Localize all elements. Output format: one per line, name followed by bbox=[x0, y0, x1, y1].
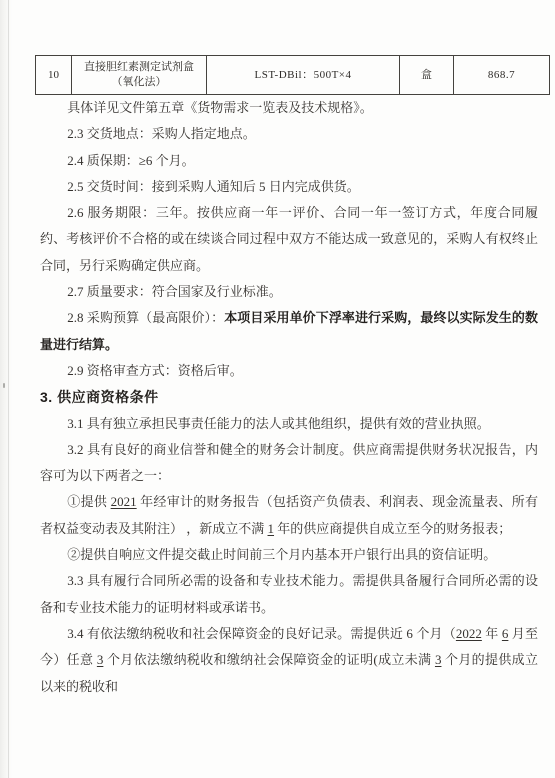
cell-item-price: 868.7 bbox=[454, 56, 550, 95]
text-segment: ②提供自响应文件提交截止时间前三个月内基本开户银行出具的资信证明。 bbox=[67, 547, 496, 562]
cell-item-number: 10 bbox=[36, 56, 72, 95]
text-segment: 年的供应商提供自成立至今的财务报表； bbox=[274, 521, 511, 536]
text-segment: 3.1 具有独立承担民事责任能力的法人或其他组织，提供有效的营业执照。 bbox=[67, 416, 490, 431]
text-segment: 2.4 质保期：≥6 个月。 bbox=[67, 153, 194, 168]
text-segment: ①提供 bbox=[67, 494, 110, 509]
text-segment: 年 bbox=[482, 626, 502, 641]
cell-item-unit: 盒 bbox=[400, 56, 454, 95]
text-segment: 2.7 质量要求：符合国家及行业标准。 bbox=[67, 284, 282, 299]
para-3-2-financial: 3.2 具有良好的商业信誉和健全的财务会计制度。供应商需提供财务状况报告，内容可… bbox=[40, 437, 538, 490]
goods-table-row: 10 直接胆红素测定试剂盒（氧化法） LST-DBil：500T×4 盒 868… bbox=[36, 56, 550, 95]
text-segment: 3.3 具有履行合同所必需的设备和专业技术能力。需提供具备履行合同所必需的设备和… bbox=[40, 573, 538, 614]
text-segment: 2.9 资格审查方式：资格后审。 bbox=[67, 363, 243, 378]
text-segment: 2.8 采购预算（最高限价）： bbox=[67, 310, 224, 325]
text-segment: 2.3 交货地点：采购人指定地点。 bbox=[67, 126, 256, 141]
text-segment: 3.4 有依法缴纳税收和社会保障资金的良好记录。需提供近 6 个月（ bbox=[67, 626, 456, 641]
para-2-5-delivery-time: 2.5 交货时间：接到采购人通知后 5 日内完成供货。 bbox=[40, 174, 538, 200]
para-option-2-credit-certificate: ②提供自响应文件提交截止时间前三个月内基本开户银行出具的资信证明。 bbox=[40, 542, 538, 568]
document-page: 10 直接胆红素测定试剂盒（氧化法） LST-DBil：500T×4 盒 868… bbox=[0, 0, 555, 778]
cell-item-name: 直接胆红素测定试剂盒（氧化法） bbox=[72, 56, 207, 95]
text-segment: 2.5 交货时间：接到采购人通知后 5 日内完成供货。 bbox=[67, 179, 360, 194]
para-2-7-quality: 2.7 质量要求：符合国家及行业标准。 bbox=[40, 279, 538, 305]
document-body: 具体详见文件第五章《货物需求一览表及技术规格》。2.3 交货地点：采购人指定地点… bbox=[40, 95, 538, 700]
text-segment: 个月依法缴纳税收和缴纳社会保障资金的证明(成立未满 bbox=[103, 652, 435, 667]
para-2-4-warranty: 2.4 质保期：≥6 个月。 bbox=[40, 148, 538, 174]
para-3-3-equipment-capability: 3.3 具有履行合同所必需的设备和专业技术能力。需提供具备履行合同所必需的设备和… bbox=[40, 568, 538, 621]
scan-artifact bbox=[3, 383, 5, 388]
para-3-1-legal-entity: 3.1 具有独立承担民事责任能力的法人或其他组织，提供有效的营业执照。 bbox=[40, 411, 538, 437]
para-2-3-delivery-place: 2.3 交货地点：采购人指定地点。 bbox=[40, 121, 538, 147]
para-2-8-budget: 2.8 采购预算（最高限价）：本项目采用单价下浮率进行采购，最终以实际发生的数量… bbox=[40, 305, 538, 358]
text-segment: 具体详见文件第五章《货物需求一览表及技术规格》。 bbox=[67, 100, 373, 115]
text-segment: 3. 供应商资格条件 bbox=[40, 389, 159, 405]
para-detail-note: 具体详见文件第五章《货物需求一览表及技术规格》。 bbox=[40, 95, 538, 121]
section-heading-supplier-qualifications: 3. 供应商资格条件 bbox=[40, 384, 538, 410]
underlined-text: 2022 bbox=[456, 626, 482, 641]
para-option-1-audited-report: ①提供 2021 年经审计的财务报告（包括资产负债表、利润表、现金流量表、所有者… bbox=[40, 489, 538, 542]
text-segment: 3.2 具有良好的商业信誉和健全的财务会计制度。供应商需提供财务状况报告，内容可… bbox=[40, 442, 538, 483]
text-segment: 2.6 服务期限：三年。按供应商一年一评价、合同一年一签订方式，年度合同履约、考… bbox=[40, 205, 538, 273]
goods-table: 10 直接胆红素测定试剂盒（氧化法） LST-DBil：500T×4 盒 868… bbox=[35, 55, 550, 95]
para-2-9-qualification-review: 2.9 资格审查方式：资格后审。 bbox=[40, 358, 538, 384]
scan-edge-line bbox=[8, 0, 9, 778]
underlined-text: 2021 bbox=[111, 494, 137, 509]
para-3-4-tax-social-security: 3.4 有依法缴纳税收和社会保障资金的良好记录。需提供近 6 个月（2022 年… bbox=[40, 621, 538, 700]
para-2-6-service-term: 2.6 服务期限：三年。按供应商一年一评价、合同一年一签订方式，年度合同履约、考… bbox=[40, 200, 538, 279]
cell-item-spec: LST-DBil：500T×4 bbox=[207, 56, 400, 95]
